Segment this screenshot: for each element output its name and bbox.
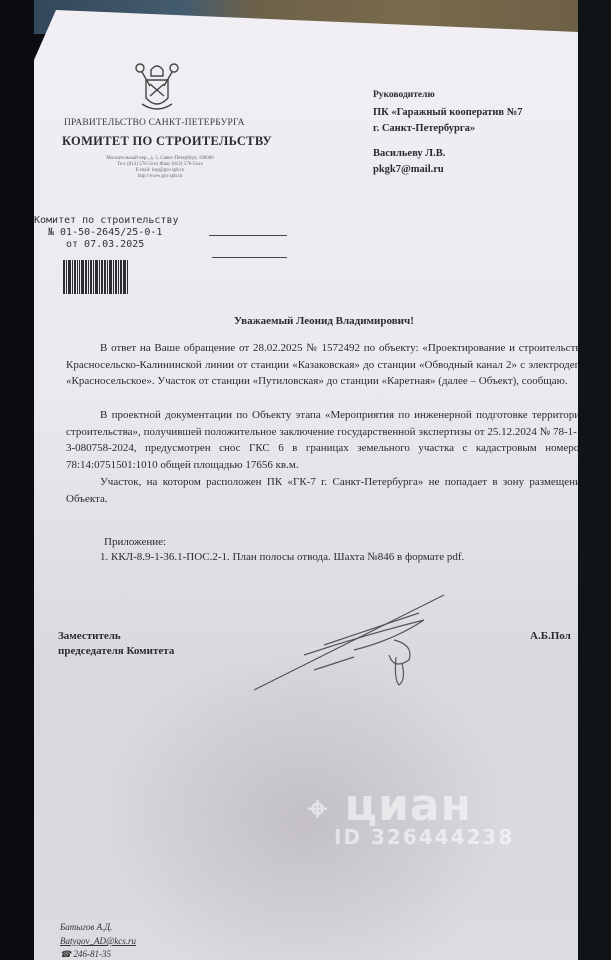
- phone-line: Тел. (812) 576-5xxx Факс (812) 576-5xxx: [60, 162, 260, 167]
- paragraph-text: В проектной документации по Объекту этап…: [66, 407, 578, 473]
- attachment-label: Приложение:: [104, 536, 166, 548]
- stamp-org: Комитет по строительству: [34, 215, 179, 226]
- government-name: ПРАВИТЕЛЬСТВО САНКТ-ПЕТЕРБУРГА: [64, 118, 245, 128]
- paragraph-text: В ответ на Ваше обращение от 28.02.2025 …: [66, 340, 578, 390]
- cian-watermark: ⌖ циан ID 326444238: [308, 780, 514, 849]
- recipient-position: Руководителю: [373, 90, 435, 100]
- recipient-org-line2: г. Санкт-Петербурга»: [373, 123, 475, 134]
- photo-frame-right: [577, 0, 611, 960]
- executor-email: Batygov_AD@kcs.ru: [60, 936, 136, 946]
- attachment-item: 1. ККЛ-8.9-1-36.1-ПОС.2-1. План полосы о…: [100, 551, 464, 563]
- executor-phone: ☎ 246-81-35: [60, 949, 111, 960]
- body-paragraph-2: В проектной документации по Объекту этап…: [66, 407, 578, 473]
- recipient-email: pkgk7@mail.ru: [373, 164, 444, 175]
- blank-line: [209, 235, 287, 236]
- watermark-id: ID 326444238: [334, 825, 514, 849]
- stamp-number: № 01-50-2645/25-0-1: [48, 227, 162, 238]
- recipient-org-line1: ПК «Гаражный кооператив №7: [373, 107, 523, 118]
- greeting: Уважаемый Леонид Владимирович!: [234, 315, 414, 327]
- committee-name: КОМИТЕТ ПО СТРОИТЕЛЬСТВУ: [62, 134, 272, 149]
- signer-title-line2: председателя Комитета: [58, 645, 174, 657]
- email-line: E-mail: ksp@gov.spb.ru: [60, 168, 260, 173]
- barcode: [63, 260, 153, 294]
- signer-name: А.Б.Пол: [530, 630, 571, 642]
- paragraph-text: Участок, на котором расположен ПК «ГК-7 …: [66, 474, 578, 507]
- blank-line: [212, 257, 287, 258]
- body-paragraph-1: В ответ на Ваше обращение от 28.02.2025 …: [66, 340, 578, 390]
- coat-of-arms-icon: [134, 60, 180, 116]
- body-paragraph-3: Участок, на котором расположен ПК «ГК-7 …: [66, 474, 578, 507]
- location-pin-icon: ⌖: [308, 789, 328, 829]
- executor-name: Батыгов А.Д.: [60, 922, 112, 932]
- photo-frame-left: [0, 0, 34, 960]
- address-line: Москательный пер., д. 5, Санкт-Петербург…: [60, 156, 260, 161]
- recipient-name: Васильеву Л.В.: [373, 148, 445, 159]
- watermark-brand: циан: [344, 780, 472, 831]
- stamp-date: от 07.03.2025: [66, 239, 144, 250]
- signer-title-line1: Заместитель: [58, 630, 121, 642]
- handwritten-signature: [244, 585, 484, 695]
- website-line: http://www.gov.spb.ru: [60, 174, 260, 179]
